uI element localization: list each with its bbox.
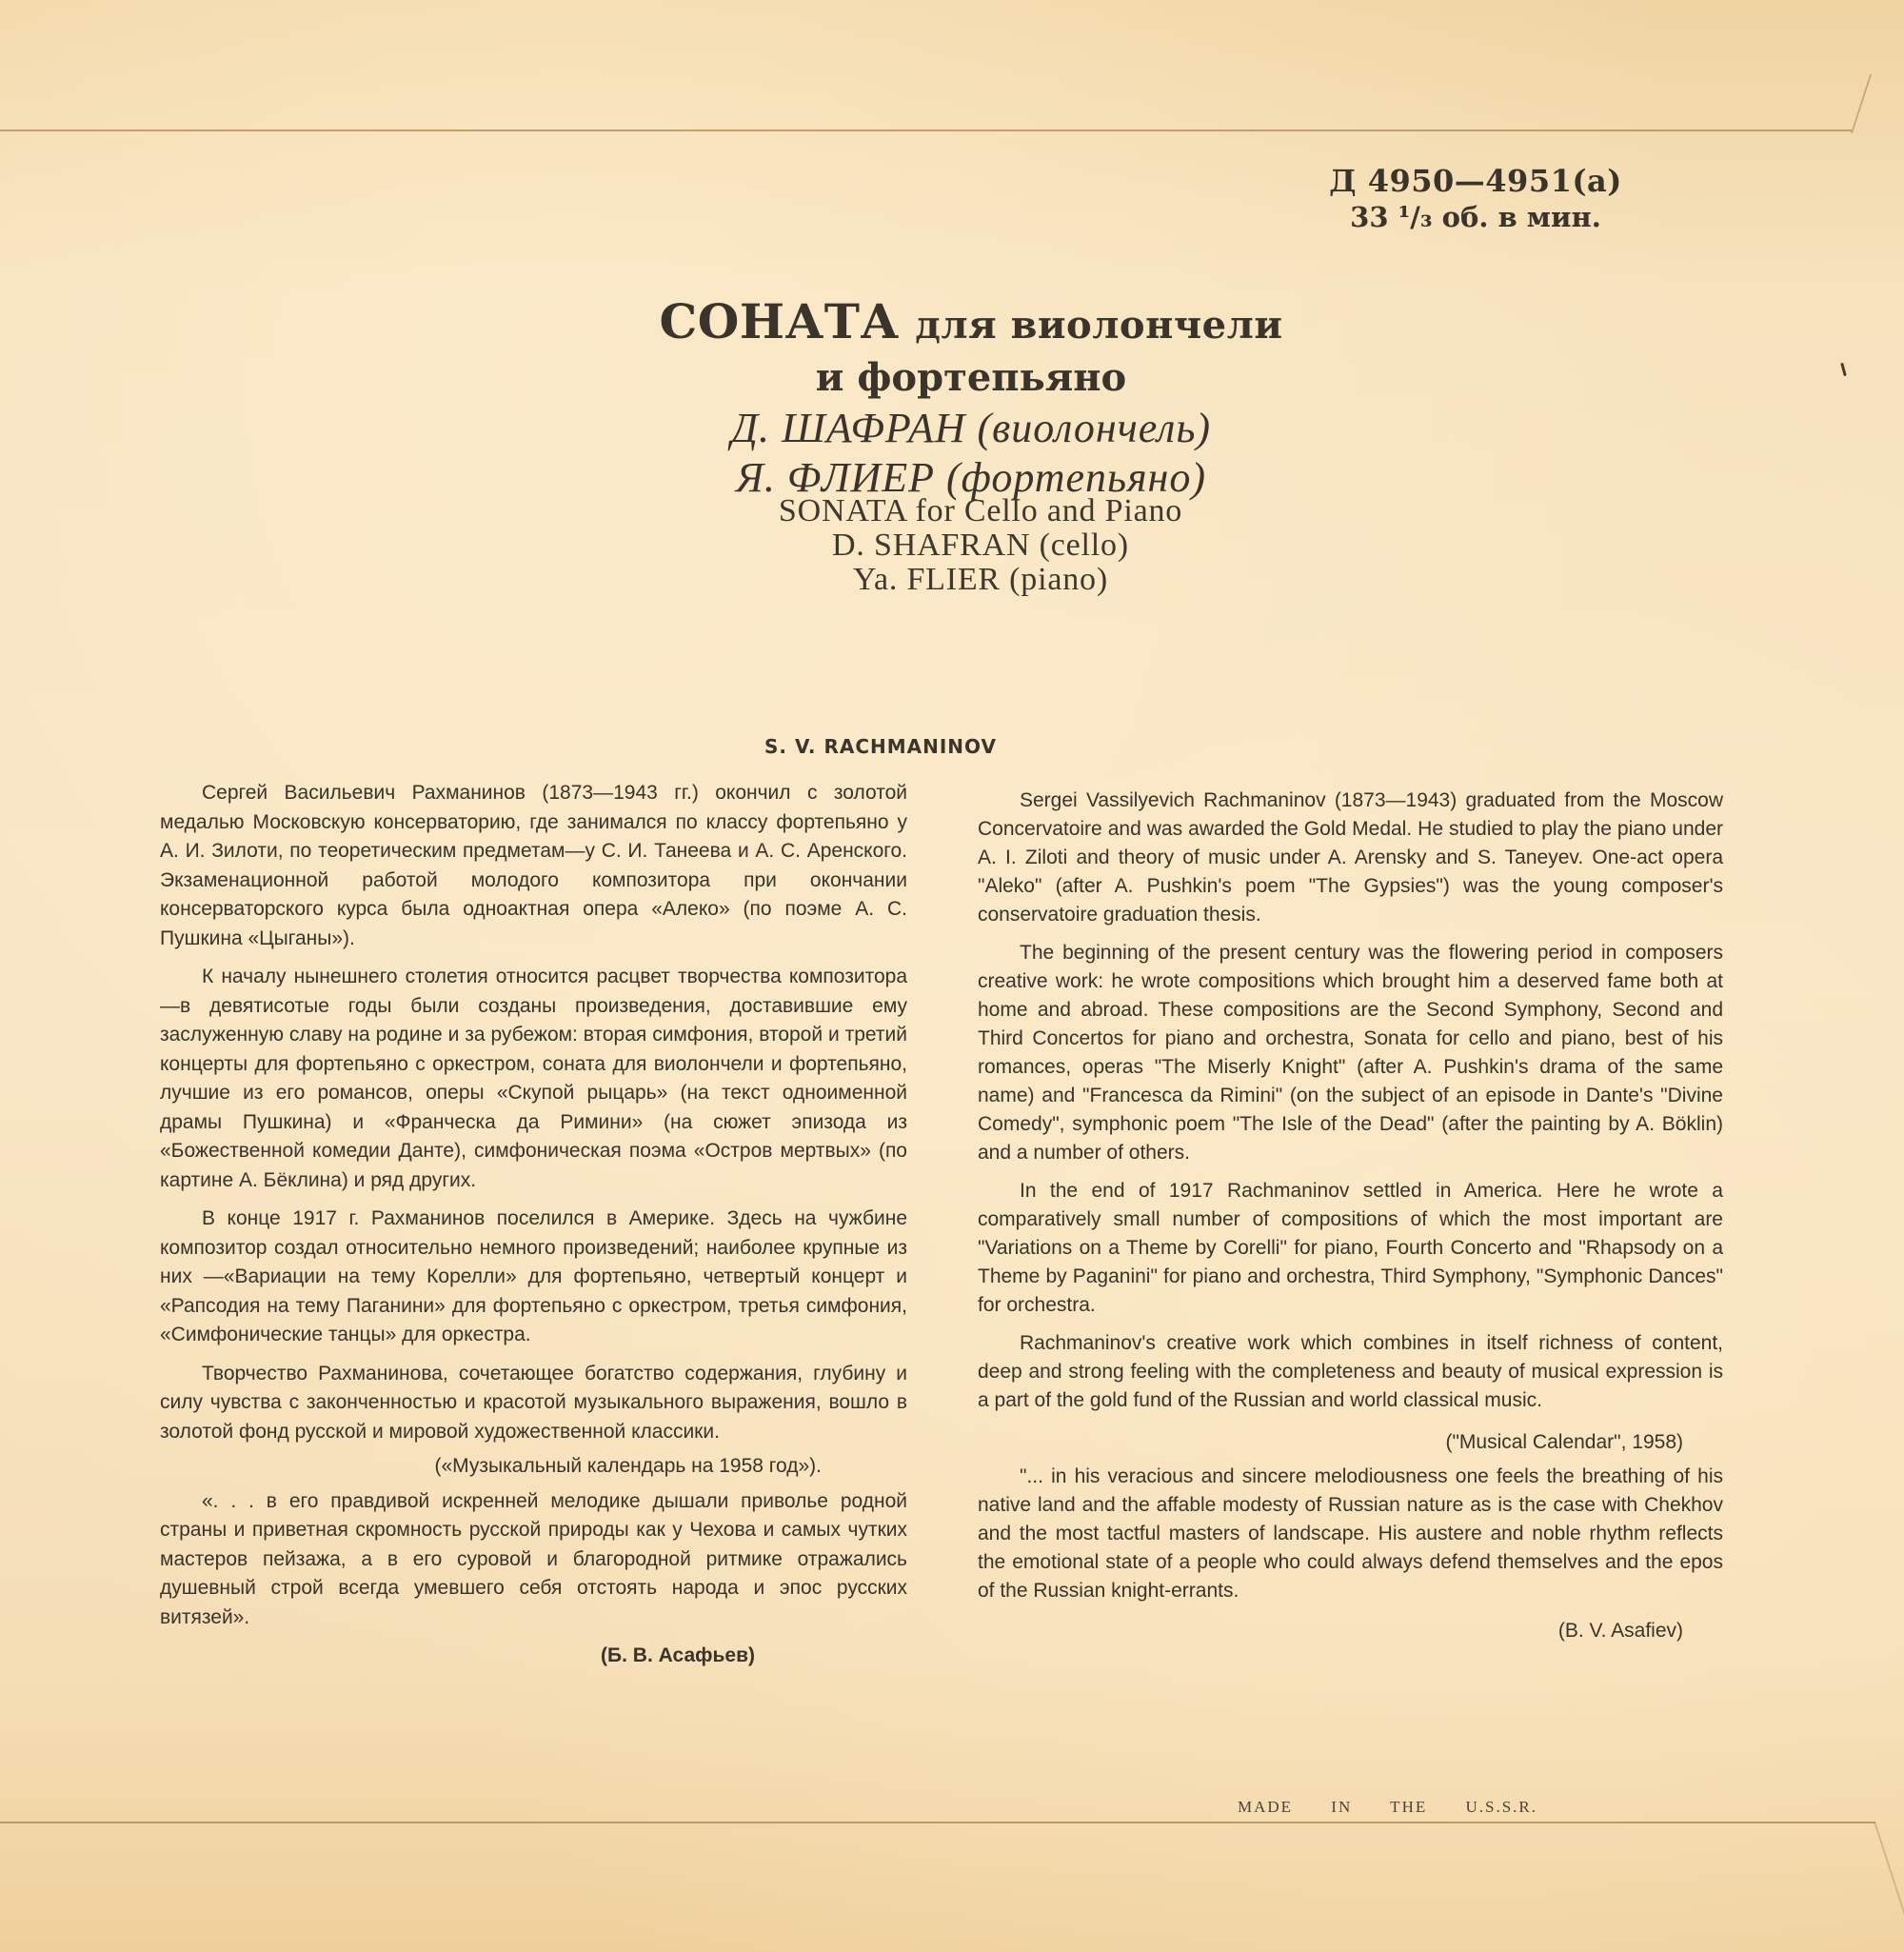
russian-title-line1: СОНАТА для виолончели (571, 295, 1371, 352)
bottom-fold-line (0, 1822, 1875, 1823)
english-paragraph: In the end of 1917 Rachmaninov settled i… (978, 1177, 1723, 1320)
english-title: SONATA for Cello and Piano (571, 494, 1390, 528)
english-paragraph: Sergei Vassilyevich Rachmaninov (1873—19… (978, 787, 1723, 929)
russian-source-citation: («Музыкальный календарь на 1958 год»). (160, 1452, 907, 1482)
english-paragraph: The beginning of the present century was… (978, 939, 1723, 1167)
russian-quote: «. . . в его правдивой искренней мелодик… (160, 1487, 907, 1633)
english-quote: "... in his veracious and sincere melodi… (978, 1463, 1723, 1605)
english-title-block: SONATA for Cello and Piano D. SHAFRAN (c… (571, 494, 1390, 597)
russian-title-sonata: СОНАТА (659, 293, 899, 349)
catalog-info: Д 4950—4951(а) 33 ¹/₃ об. в мин. (1295, 162, 1656, 234)
russian-title-line2: и фортепьяно (571, 352, 1371, 404)
russian-paragraph: В конце 1917 г. Рахманинов поселился в А… (160, 1205, 907, 1350)
russian-title-for-cello: для виолончели (915, 303, 1282, 348)
russian-liner-notes: Сергей Васильевич Рахманинов (1873—1943 … (160, 779, 907, 1681)
russian-title-block: СОНАТА для виолончели и фортепьяно Д. ША… (571, 295, 1371, 503)
english-quote-author: (B. V. Asafiev) (978, 1617, 1723, 1645)
english-source-citation: ("Musical Calendar", 1958) (978, 1428, 1723, 1457)
made-in-ussr-label: MADE IN THE U.S.S.R. (1238, 1798, 1537, 1817)
composer-heading: S. V. RACHMANINOV (666, 735, 1095, 758)
english-paragraph: Rachmaninov's creative work which combin… (978, 1329, 1723, 1415)
top-fold-line (0, 129, 1852, 131)
russian-performer-cello: Д. ШАФРАН (виолончель) (571, 404, 1371, 453)
catalog-number: Д 4950—4951(а) (1295, 162, 1656, 200)
russian-paragraph: К началу нынешнего столетия относится ра… (160, 963, 907, 1195)
playback-speed: 33 ¹/₃ об. в мин. (1295, 200, 1656, 234)
english-liner-notes: Sergei Vassilyevich Rachmaninov (1873—19… (978, 787, 1723, 1655)
english-performer-piano: Ya. FLIER (piano) (571, 563, 1390, 597)
russian-quote-author: (Б. В. Асафьев) (160, 1642, 907, 1671)
russian-paragraph: Сергей Васильевич Рахманинов (1873—1943 … (160, 779, 907, 953)
russian-paragraph: Творчество Рахманинова, сочетающее богат… (160, 1360, 907, 1447)
english-performer-cello: D. SHAFRAN (cello) (571, 528, 1390, 563)
